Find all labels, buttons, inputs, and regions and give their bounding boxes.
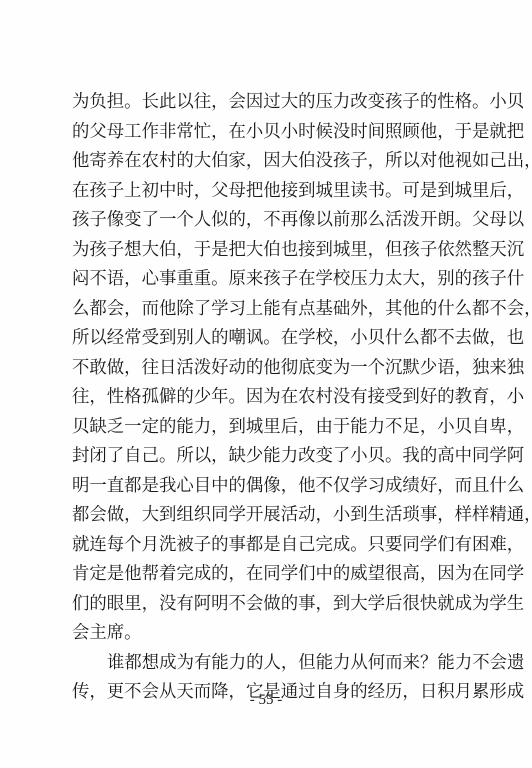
text-line: 么都会，而他除了学习上能有点基础外，其他的什么都不会， xyxy=(72,295,468,325)
text-line: 他寄养在农村的大伯家，因大伯没孩子，所以对他视如己出， xyxy=(72,147,468,177)
text-line: 的父母工作非常忙，在小贝小时候没时间照顾他，于是就把 xyxy=(72,118,468,148)
text-line: 为孩子想大伯，于是把大伯也接到城里，但孩子依然整天沉 xyxy=(72,236,468,266)
text-line: 明一直都是我心目中的偶像，他不仅学习成绩好，而且什么 xyxy=(72,472,468,502)
text-line: 所以经常受到别人的嘲讽。在学校，小贝什么都不去做，也 xyxy=(72,324,468,354)
text-line: 贝缺乏一定的能力，到城里后，由于能力不足，小贝自卑， xyxy=(72,413,468,443)
text-line: 不敢做，往日活泼好动的他彻底变为一个沉默少语，独来独 xyxy=(72,354,468,384)
text-line: 孩子像变了一个人似的，不再像以前那么活泼开朗。父母以 xyxy=(72,206,468,236)
paragraph-end-line: 会主席。 xyxy=(72,619,468,649)
text-line: 封闭了自己。所以，缺少能力改变了小贝。我的高中同学阿 xyxy=(72,442,468,472)
text-line: 往，性格孤僻的少年。因为在农村没有接受到好的教育，小 xyxy=(72,383,468,413)
document-page: 为负担。长此以往，会因过大的压力改变孩子的性格。小贝 的父母工作非常忙，在小贝小… xyxy=(0,0,532,768)
text-line: 就连每个月洗被子的事都是自己完成。只要同学们有困难， xyxy=(72,531,468,561)
paragraph-start-line: 谁都想成为有能力的人，但能力从何而来？能力不会遗 xyxy=(72,649,468,679)
text-line: 们的眼里，没有阿明不会做的事，到大学后很快就成为学生 xyxy=(72,590,468,620)
text-line: 闷不语，心事重重。原来孩子在学校压力太大，别的孩子什 xyxy=(72,265,468,295)
body-text: 为负担。长此以往，会因过大的压力改变孩子的性格。小贝 的父母工作非常忙，在小贝小… xyxy=(72,88,468,708)
page-number: - 55 - xyxy=(0,692,532,709)
text-line: 为负担。长此以往，会因过大的压力改变孩子的性格。小贝 xyxy=(72,88,468,118)
text-line: 都会做，大到组织同学开展活动，小到生活琐事，样样精通， xyxy=(72,501,468,531)
text-line: 在孩子上初中时，父母把他接到城里读书。可是到城里后， xyxy=(72,177,468,207)
text-line: 肯定是他帮着完成的，在同学们中的威望很高，因为在同学 xyxy=(72,560,468,590)
